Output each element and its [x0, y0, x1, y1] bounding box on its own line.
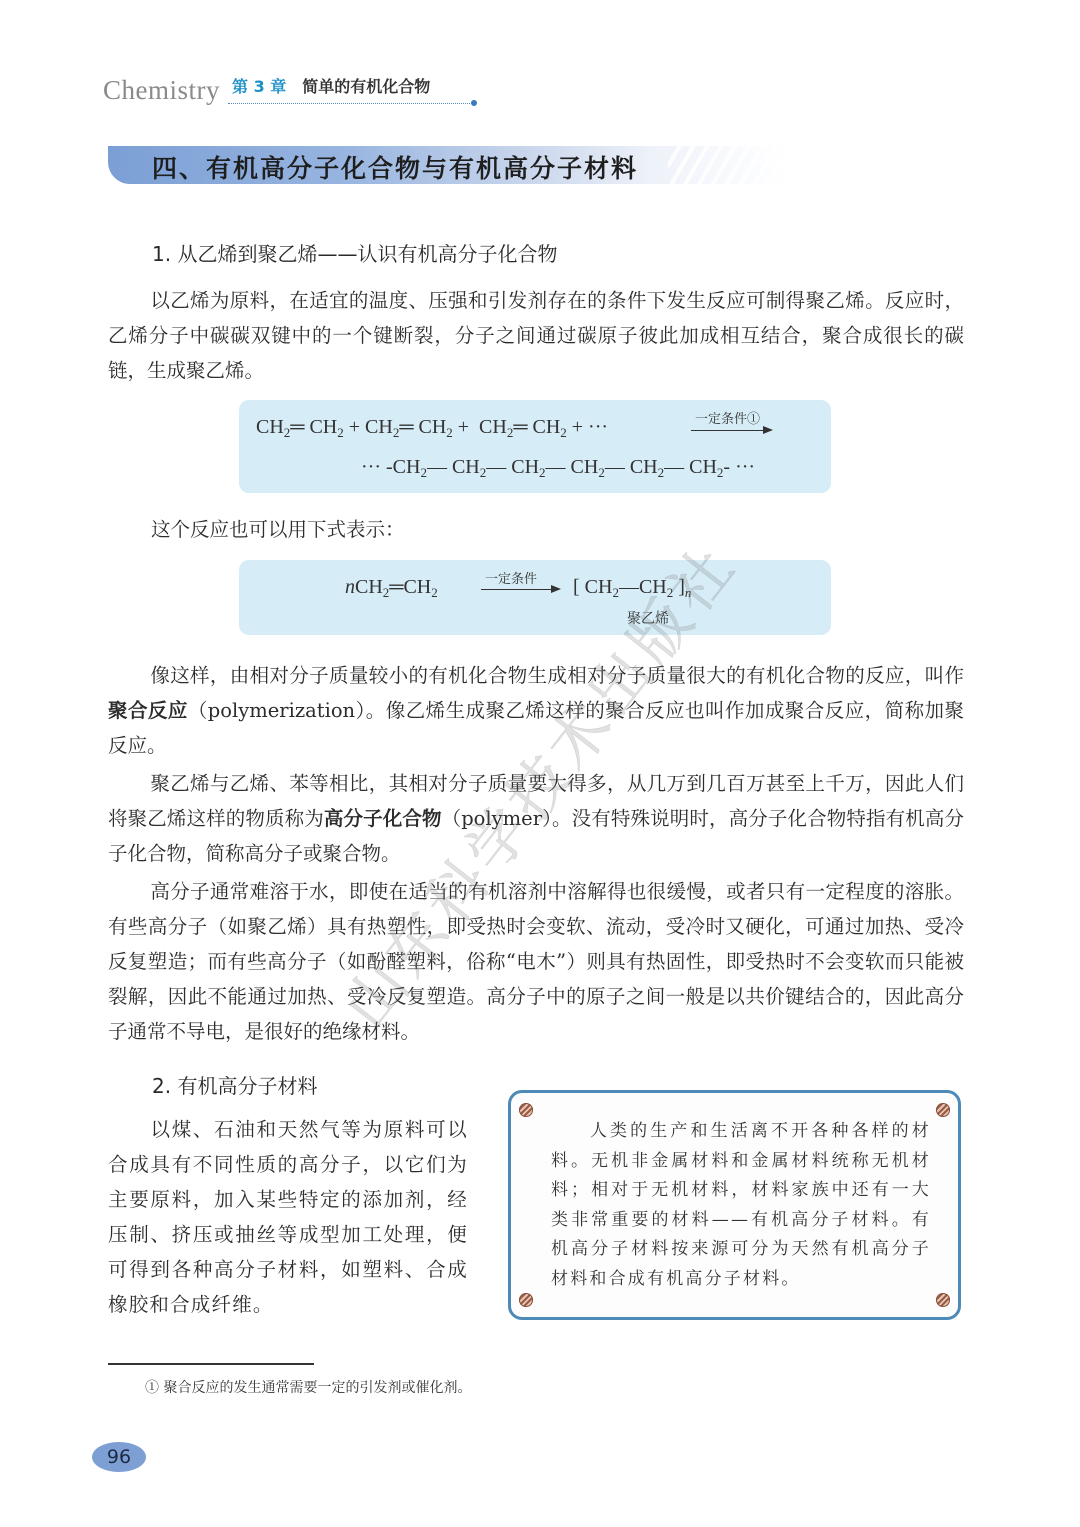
- reaction-arrow: [481, 589, 559, 590]
- info-sidebar-box: 人类的生产和生活离不开各种各样的材料。无机非金属材料和金属材料统称无机材料；相对…: [508, 1090, 961, 1320]
- reaction-arrow: [691, 430, 771, 431]
- equation-product-chain: ··· -CH2— CH2— CH2— CH2— CH2— CH2- ···: [361, 456, 755, 481]
- chapter-label: 第 3 章 简单的有机化合物: [228, 74, 474, 104]
- polymer-name-label: 聚乙烯: [627, 608, 669, 628]
- subsection-heading-1: 1. 从乙烯到聚乙烯——认识有机高分子化合物: [152, 238, 557, 267]
- chapter-title: 简单的有机化合物: [302, 74, 430, 97]
- arrow-condition-label: 一定条件: [485, 568, 537, 587]
- equation-box-polymer: nCH2═CH2 一定条件 [ CH2—CH2 ]n 聚乙烯: [239, 560, 831, 635]
- paragraph-alt-form: 这个反应也可以用下式表示：: [151, 512, 851, 547]
- subject-label: Chemistry: [103, 77, 220, 104]
- running-header: Chemistry 第 3 章 简单的有机化合物: [103, 70, 474, 104]
- term-polymerization: 聚合反应: [108, 699, 188, 722]
- subsection-heading-2: 2. 有机高分子材料: [152, 1070, 317, 1099]
- equation-monomer: nCH2═CH2: [345, 576, 438, 601]
- arrow-condition-label: 一定条件①: [695, 408, 760, 427]
- rivet-icon: [519, 1293, 533, 1307]
- paragraph-text: 以乙烯为原料，在适宜的温度、压强和引发剂存在的条件下发生反应可制得聚乙烯。反应时…: [108, 289, 964, 382]
- info-box-text: 人类的生产和生活离不开各种各样的材料。无机非金属材料和金属材料统称无机材料；相对…: [551, 1117, 931, 1294]
- paragraph-polymerization-definition: 像这样，由相对分子质量较小的有机化合物生成相对分子质量很大的有机化合物的反应，叫…: [108, 658, 964, 763]
- footnote: ① 聚合反应的发生通常需要一定的引发剂或催化剂。: [145, 1377, 471, 1397]
- decorative-stripes: [668, 146, 788, 184]
- paragraph-polymer-materials: 以煤、石油和天然气等为原料可以合成具有不同性质的高分子，以它们为主要原料，加入某…: [108, 1112, 468, 1322]
- term-polymer: 高分子化合物: [324, 807, 442, 830]
- equation-polymer: [ CH2—CH2 ]n: [573, 576, 691, 601]
- section-title-band: 四、有机高分子化合物与有机高分子材料: [108, 146, 788, 184]
- equation-box-chain: CH2═ CH2 + CH2═ CH2 + CH2═ CH2 + ··· 一定条…: [239, 400, 831, 493]
- chapter-number: 第 3 章: [232, 74, 286, 97]
- equation-reactants: CH2═ CH2 + CH2═ CH2 + CH2═ CH2 + ···: [256, 416, 608, 441]
- rivet-icon: [519, 1103, 533, 1117]
- paragraph-polymer-properties: 高分子通常难溶于水，即使在适当的有机溶剂中溶解得也很缓慢，或者只有一定程度的溶胀…: [108, 874, 964, 1049]
- rivet-icon: [936, 1293, 950, 1307]
- paragraph-ethylene-intro: 以乙烯为原料，在适宜的温度、压强和引发剂存在的条件下发生反应可制得聚乙烯。反应时…: [108, 283, 964, 388]
- paragraph-polymer-definition: 聚乙烯与乙烯、苯等相比，其相对分子质量要大得多，从几万到几百万甚至上千万，因此人…: [108, 766, 964, 871]
- page-number-badge: 96: [92, 1442, 146, 1472]
- footnote-divider: [108, 1363, 314, 1365]
- section-title: 四、有机高分子化合物与有机高分子材料: [152, 149, 638, 185]
- rivet-icon: [936, 1103, 950, 1117]
